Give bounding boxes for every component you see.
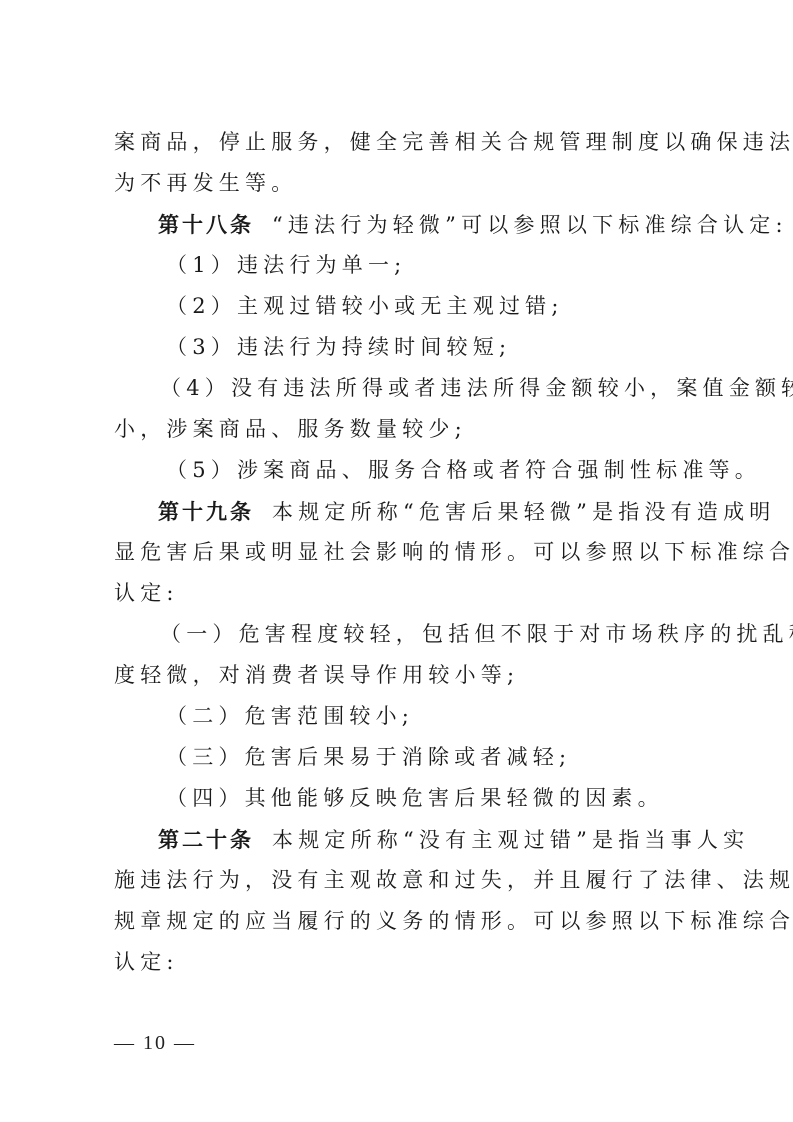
text-line: 认定: <box>114 573 680 614</box>
list-item: （2）主观过错较小或无主观过错; <box>114 286 680 327</box>
text-line: 案商品，停止服务，健全完善相关合规管理制度以确保违法行 <box>114 122 680 163</box>
text-line: 度轻微，对消费者误导作用较小等; <box>114 655 680 696</box>
article-number: 第十九条 <box>158 499 254 524</box>
list-item: （3）违法行为持续时间较短; <box>114 327 680 368</box>
article-19-heading: 第十九条本规定所称“危害后果轻微”是指没有造成明 <box>114 491 680 532</box>
text-line: 小，涉案商品、服务数量较少; <box>114 409 680 450</box>
text-line: 为不再发生等。 <box>114 163 680 204</box>
text-line: 认定: <box>114 942 680 983</box>
article-text: 本规定所称“没有主观过错”是指当事人实 <box>272 828 749 852</box>
article-18-heading: 第十八条“违法行为轻微”可以参照以下标准综合认定: <box>114 204 680 245</box>
list-item: （5）涉案商品、服务合格或者符合强制性标准等。 <box>114 450 680 491</box>
list-item: （四）其他能够反映危害后果轻微的因素。 <box>114 778 680 819</box>
list-item: （二）危害范围较小; <box>114 696 680 737</box>
text-line: 显危害后果或明显社会影响的情形。可以参照以下标准综合 <box>114 532 680 573</box>
list-item: （一）危害程度较轻，包括但不限于对市场秩序的扰乱程 <box>114 614 680 655</box>
article-number: 第二十条 <box>158 827 254 852</box>
document-page: 案商品，停止服务，健全完善相关合规管理制度以确保违法行 为不再发生等。 第十八条… <box>0 0 793 1122</box>
article-text: “违法行为轻微”可以参照以下标准综合认定: <box>272 213 788 237</box>
article-20-heading: 第二十条本规定所称“没有主观过错”是指当事人实 <box>114 819 680 860</box>
list-item: （4）没有违法所得或者违法所得金额较小，案值金额较 <box>114 368 680 409</box>
article-number: 第十八条 <box>158 212 254 237</box>
text-line: 规章规定的应当履行的义务的情形。可以参照以下标准综合 <box>114 901 680 942</box>
page-number: — 10 — <box>114 1032 196 1055</box>
list-item: （1）违法行为单一; <box>114 245 680 286</box>
text-line: 施违法行为，没有主观故意和过失，并且履行了法律、法规、 <box>114 860 680 901</box>
document-body: 案商品，停止服务，健全完善相关合规管理制度以确保违法行 为不再发生等。 第十八条… <box>114 122 680 983</box>
article-text: 本规定所称“危害后果轻微”是指没有造成明 <box>272 500 775 524</box>
list-item: （三）危害后果易于消除或者减轻; <box>114 737 680 778</box>
